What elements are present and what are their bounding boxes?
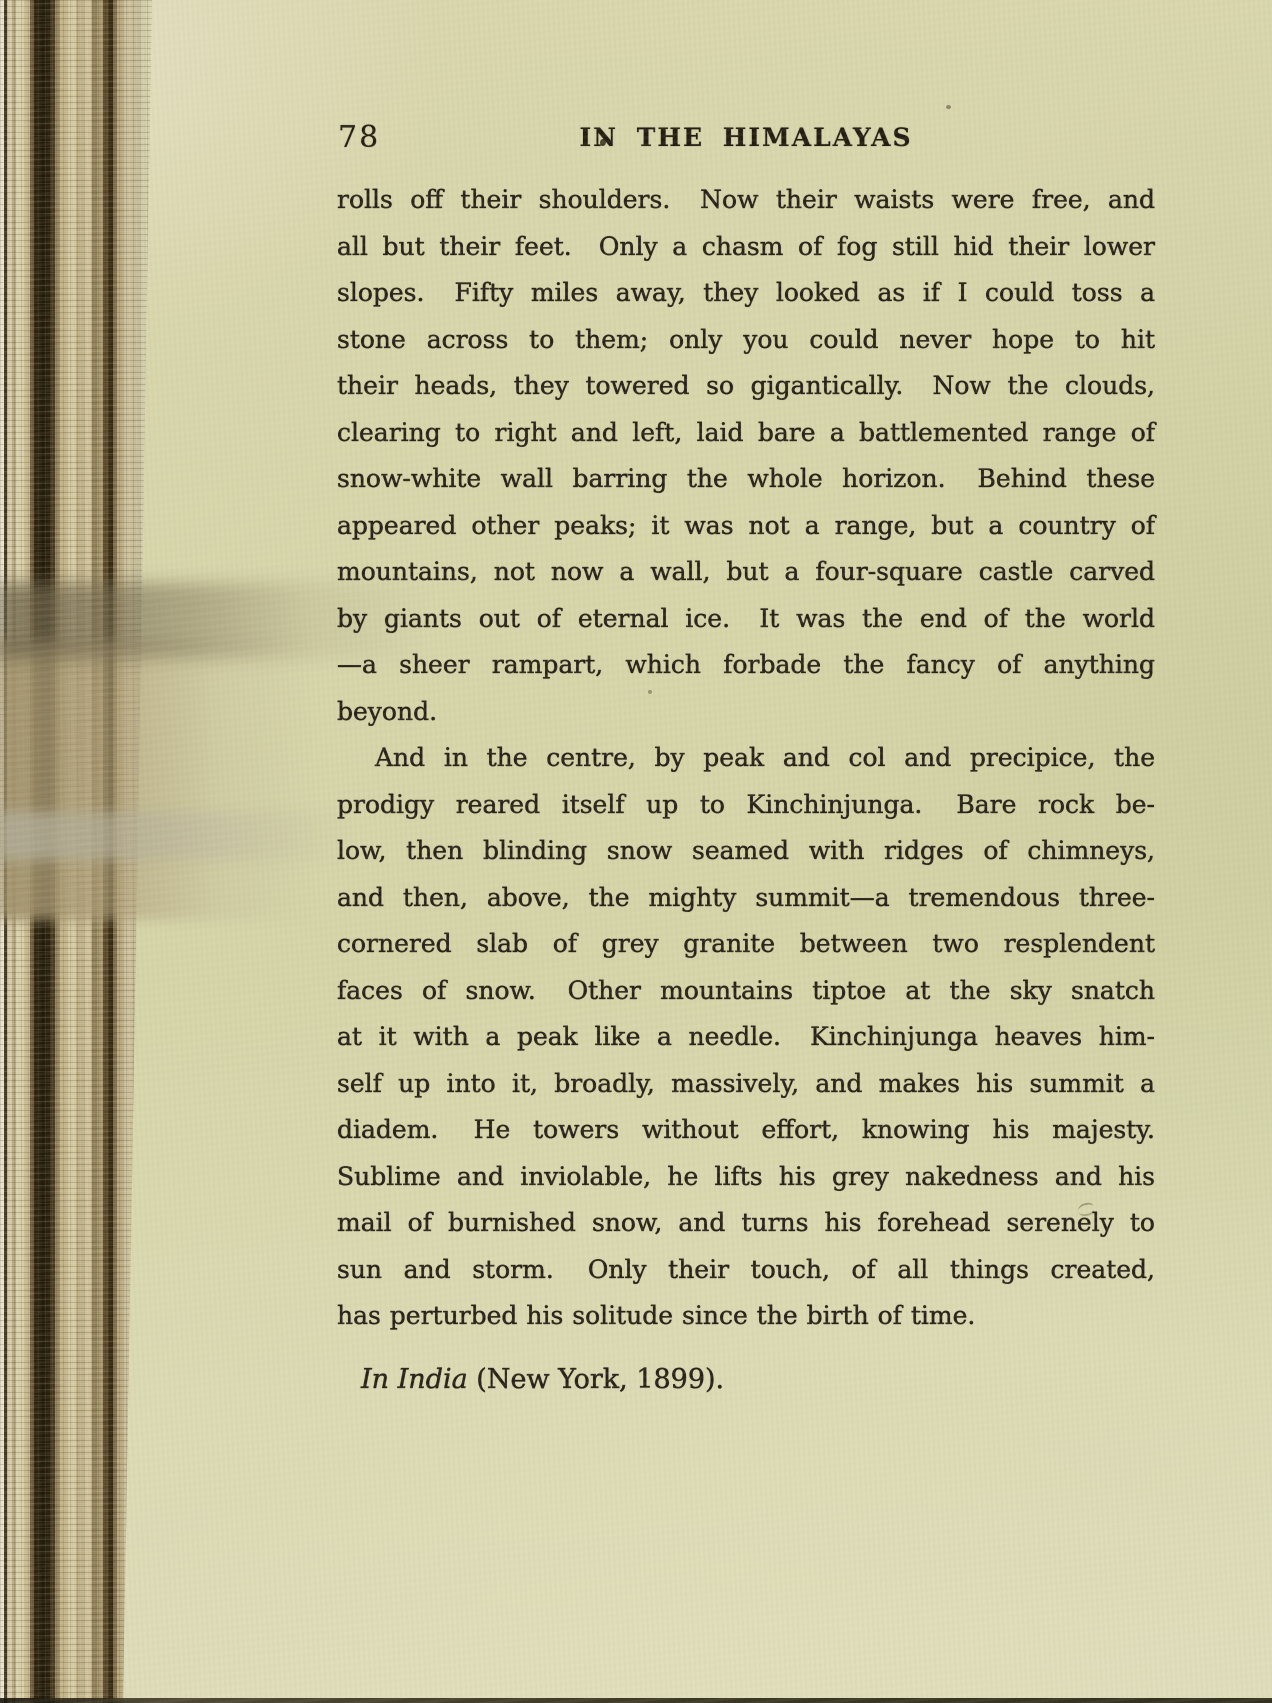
- page-header-row: 78 IN THE HIMALAYAS: [337, 114, 1155, 160]
- text-line: Sublime and inviolable, he lifts his gre…: [337, 1154, 1155, 1201]
- text-line: slopes. Fifty miles away, they looked as…: [337, 270, 1155, 317]
- running-header: IN THE HIMALAYAS: [337, 114, 1155, 152]
- text-line: sun and storm. Only their touch, of all …: [337, 1247, 1155, 1294]
- book-page-scan: 78 IN THE HIMALAYAS rolls off their shou…: [0, 0, 1272, 1703]
- text-line: faces of snow. Other mountains tiptoe at…: [337, 968, 1155, 1015]
- text-line: diadem. He towers without effort, knowin…: [337, 1107, 1155, 1154]
- scan-smudge: [0, 812, 350, 860]
- text-line: self up into it, broadly, massively, and…: [337, 1061, 1155, 1108]
- text-line: by giants out of eternal ice. It was the…: [337, 596, 1155, 643]
- text-line: mail of burnished snow, and turns his fo…: [337, 1200, 1155, 1247]
- text-line: at it with a peak like a needle. Kinchin…: [337, 1014, 1155, 1061]
- text-line: mountains, not now a wall, but a four-sq…: [337, 549, 1155, 596]
- citation-title: In India: [361, 1364, 468, 1395]
- text-line: low, then blinding snow seamed with ridg…: [337, 828, 1155, 875]
- text-line: rolls off their shoulders. Now their wai…: [337, 177, 1155, 224]
- text-line: stone across to them; only you could nev…: [337, 317, 1155, 364]
- page-content: 78 IN THE HIMALAYAS rolls off their shou…: [337, 0, 1155, 1703]
- page-number: 78: [338, 120, 380, 155]
- text-line: snow-white wall barring the whole horizo…: [337, 456, 1155, 503]
- text-line: And in the centre, by peak and col and p…: [337, 735, 1155, 782]
- citation: In India (New York, 1899).: [361, 1357, 724, 1403]
- citation-publication: (New York, 1899).: [468, 1364, 724, 1395]
- text-line: cornered slab of grey granite between tw…: [337, 921, 1155, 968]
- text-line: clearing to right and left, laid bare a …: [337, 410, 1155, 457]
- text-line: all but their feet. Only a chasm of fog …: [337, 224, 1155, 271]
- text-line: —a sheer rampart, which forbade the fanc…: [337, 642, 1155, 689]
- text-line: has perturbed his solitude since the bir…: [337, 1293, 1155, 1340]
- text-line: their heads, they towered so giganticall…: [337, 363, 1155, 410]
- text-line: and then, above, the mighty summit—a tre…: [337, 875, 1155, 922]
- text-line: beyond.: [337, 689, 1155, 736]
- body-text: rolls off their shoulders. Now their wai…: [337, 177, 1155, 1340]
- ink-speck: [946, 105, 951, 109]
- text-line: appeared other peaks; it was not a range…: [337, 503, 1155, 550]
- scan-smudge: [0, 640, 315, 920]
- ink-speck: [648, 690, 652, 694]
- text-line: prodigy reared itself up to Kinchinjunga…: [337, 782, 1155, 829]
